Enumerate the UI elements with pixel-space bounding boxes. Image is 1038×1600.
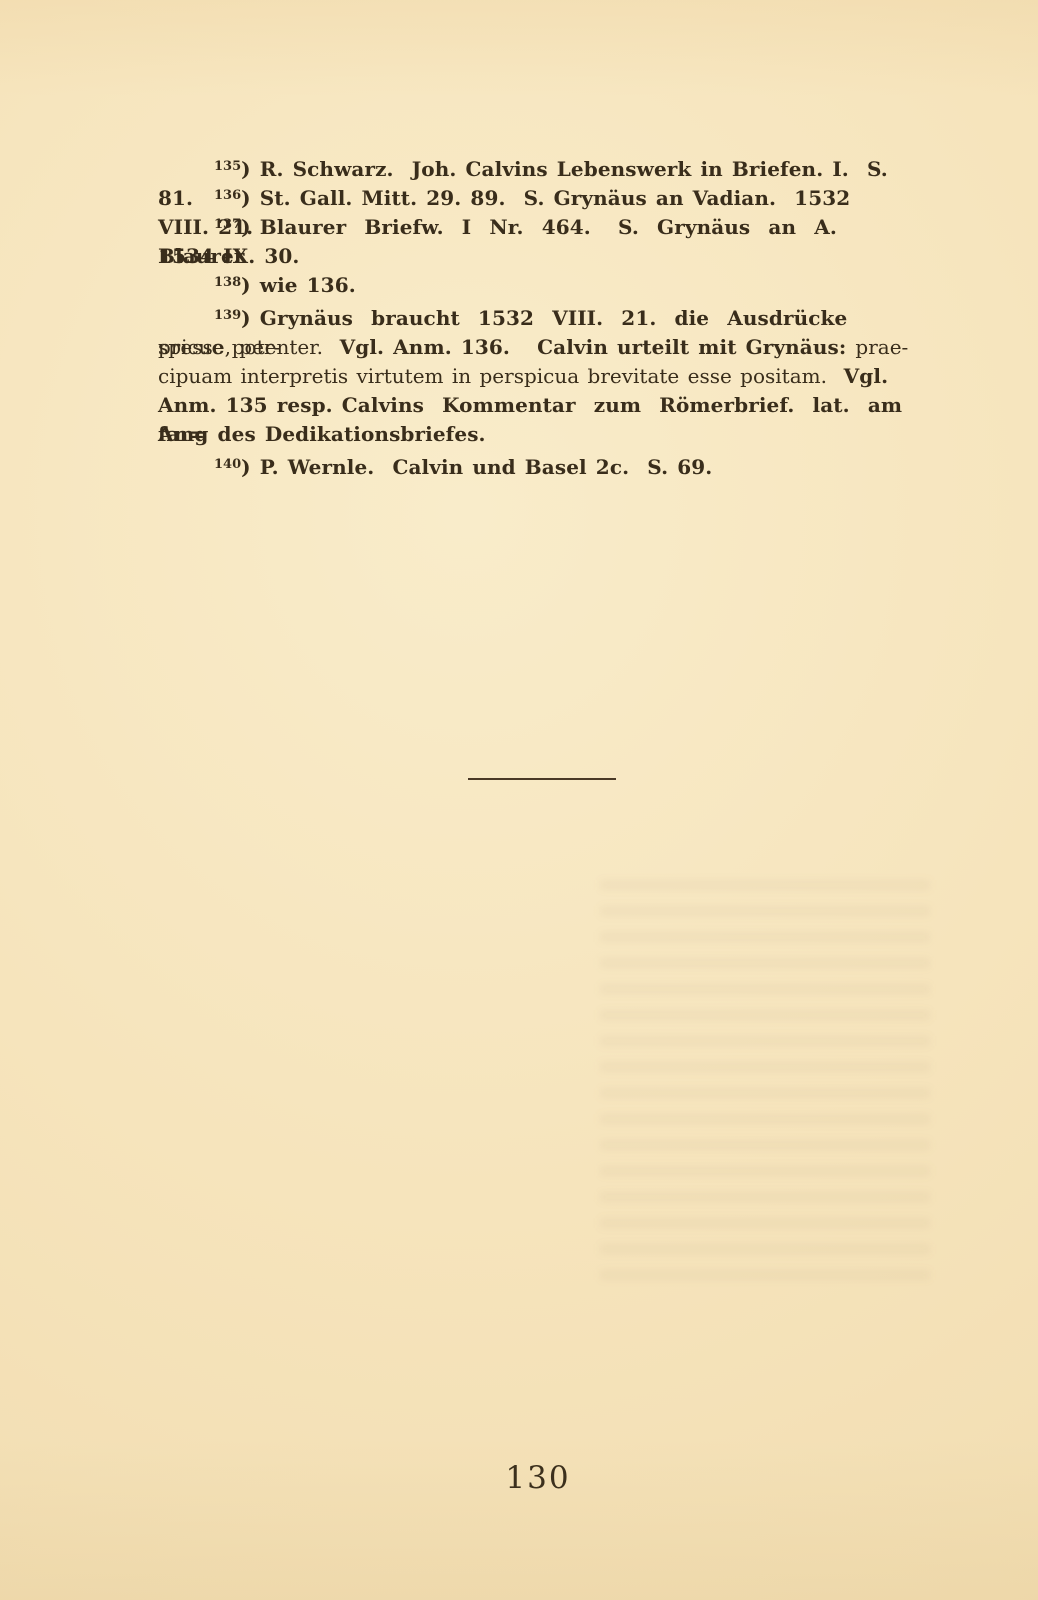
latin-text-segment: prae- <box>855 335 908 359</box>
fraktur-text-segment: 1534 IX. 30. <box>158 244 299 268</box>
fraktur-text-segment: ) P. Wernle. Calvin und Basel 2c. S. 69. <box>241 455 712 479</box>
footnote-marker: 137 <box>214 217 241 232</box>
footnote-marker: 135 <box>214 159 241 174</box>
footnote-line: 140) P. Wernle. Calvin und Basel 2c. S. … <box>158 453 910 482</box>
footnote-line: fang des Dedikationsbriefes. <box>158 420 910 449</box>
footnote-line: Anm. 135 resp. Calvins Kommentar zum Röm… <box>158 391 910 420</box>
footnote-line: 138) wie 136. <box>158 271 910 300</box>
fraktur-text-segment: ) Grynäus braucht 1532 VIII. 21. die Aus… <box>241 306 865 330</box>
footnote-line: spicue potenter. Vgl. Anm. 136. Calvin u… <box>158 333 910 362</box>
reverse-side-showthrough <box>600 880 930 1280</box>
latin-text-segment: cipuam interpretis virtutem in perspicua… <box>158 364 844 388</box>
footnote-line: 135) R. Schwarz. Joh. Calvins Lebenswerk… <box>158 155 910 184</box>
section-divider-rule <box>468 778 616 780</box>
fraktur-text-segment: Vgl. <box>844 364 888 388</box>
page-number: 130 <box>0 1460 1038 1496</box>
footnote-line: cipuam interpretis virtutem in perspicua… <box>158 362 910 391</box>
footnote-marker: 136 <box>214 188 241 203</box>
footnote-marker: 139 <box>214 308 241 323</box>
latin-text-segment: spicue potenter. <box>158 335 340 359</box>
fraktur-text-segment: Vgl. Anm. 136. Calvin urteilt mit Grynäu… <box>340 335 856 359</box>
book-page: 135) R. Schwarz. Joh. Calvins Lebenswerk… <box>0 0 1038 1600</box>
footnote-line: 137) Blaurer Briefw. I Nr. 464. S. Grynä… <box>158 213 910 242</box>
fraktur-text-segment: fang des Dedikationsbriefes. <box>158 422 486 446</box>
footnote-line: 1534 IX. 30. <box>158 242 910 271</box>
footnote-line: 139) Grynäus braucht 1532 VIII. 21. die … <box>158 304 910 333</box>
footnote-block: 135) R. Schwarz. Joh. Calvins Lebenswerk… <box>158 155 910 482</box>
footnote-marker: 138 <box>214 275 241 290</box>
footnote-marker: 140 <box>214 457 241 472</box>
footnote-line: 136) St. Gall. Mitt. 29. 89. S. Grynäus … <box>158 184 910 213</box>
fraktur-text-segment: ) wie 136. <box>241 273 356 297</box>
